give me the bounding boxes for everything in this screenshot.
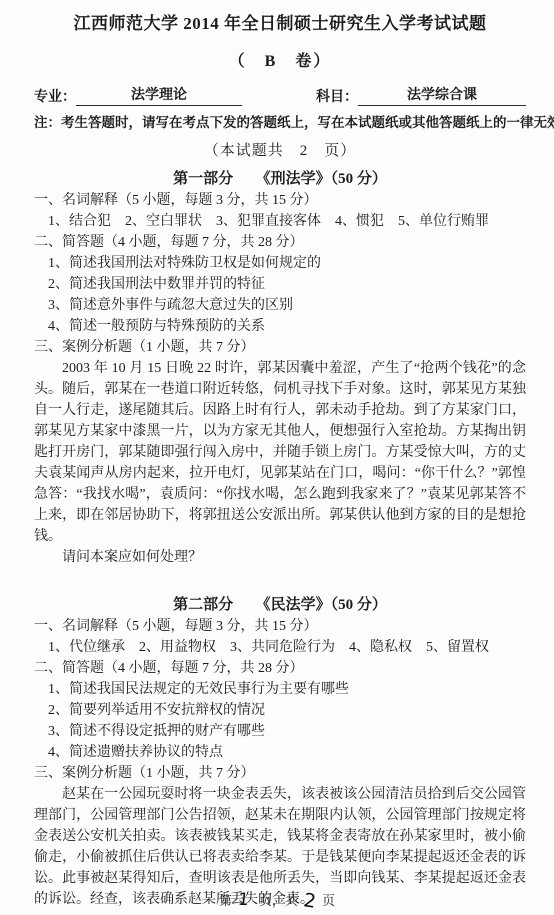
total-pages-note: （本试题共 2 页）	[34, 140, 526, 162]
part2-q2-item: 2、简要列举适用不安抗辩权的情况	[34, 700, 526, 721]
part1-q2-item: 2、简述我国刑法中数罪并罚的特征	[34, 274, 526, 295]
part1-q2-item: 3、简述意外事件与疏忽大意过失的区别	[34, 295, 526, 316]
part1-q2-head: 二、简答题（4 小题，每题 7 分，共 28 分）	[34, 232, 526, 253]
part1-q2-item: 4、简述一般预防与特殊预防的关系	[34, 316, 526, 337]
part1-q1-items: 1、结合犯 2、空白罪状 3、犯罪直接客体 4、惯犯 5、单位行贿罪	[34, 211, 526, 232]
part2-q1-items: 1、代位继承 2、用益物权 3、共同危险行为 4、隐私权 5、留置权	[34, 637, 526, 658]
part2-q2-head: 二、简答题（4 小题，每题 7 分，共 28 分）	[34, 658, 526, 679]
total-pages-handwritten: 2	[302, 889, 317, 913]
major-field: 专业： 法学理论	[34, 84, 242, 106]
part2-q2-item: 4、简述遗赠扶养协议的特点	[34, 742, 526, 763]
answer-sheet-note: 注：考生答题时，请写在考点下发的答题纸上，写在本试题纸或其他答题纸上的一律无效。	[34, 111, 526, 131]
exam-paper-page: 江西师范大学 2014 年全日制硕士研究生入学考试试题 （ B 卷） 专业： 法…	[0, 0, 554, 915]
footer-middle: 页，共	[259, 893, 298, 908]
major-value: 法学理论	[76, 84, 242, 106]
subject-field: 科目： 法学综合课	[316, 84, 526, 106]
part2-q2-item: 1、简述我国民法规定的无效民事行为主要有哪些	[34, 679, 526, 700]
part1-heading: 第一部分 《刑法学》（50 分）	[34, 168, 526, 190]
page-footer: 第1页，共2页	[0, 888, 554, 910]
part1-case-text: 2003 年 10 月 15 日晚 22 时许，郭某因囊中羞涩，产生了“抢两个钱…	[34, 358, 526, 547]
part2-q2-item: 3、简述不得设定抵押的财产有哪些	[34, 721, 526, 742]
meta-row: 专业： 法学理论 科目： 法学综合课	[34, 84, 526, 106]
part1-q3-head: 三、案例分析题（1 小题，共 7 分）	[34, 337, 526, 358]
subject-value: 法学综合课	[358, 84, 526, 106]
part1-case-question: 请问本案应如何处理？	[34, 547, 526, 568]
subject-label: 科目：	[316, 86, 358, 106]
part2-heading: 第二部分 《民法学》（50 分）	[34, 594, 526, 616]
major-label: 专业：	[34, 86, 76, 106]
current-page-number-handwritten: 1	[237, 890, 250, 910]
footer-suffix: 页	[322, 893, 335, 908]
footer-prefix: 第	[219, 893, 232, 908]
part1-q2-item: 1、简述我国刑法对特殊防卫权是如何规定的	[34, 253, 526, 274]
paper-version: （ B 卷）	[34, 51, 526, 73]
part2-q1-head: 一、名词解释（5 小题，每题 3 分，共 15 分）	[34, 616, 526, 637]
page-title: 江西师范大学 2014 年全日制硕士研究生入学考试试题	[34, 12, 526, 36]
part2-q3-head: 三、案例分析题（1 小题，共 7 分）	[34, 763, 526, 784]
part1-q1-head: 一、名词解释（5 小题，每题 3 分，共 15 分）	[34, 190, 526, 211]
